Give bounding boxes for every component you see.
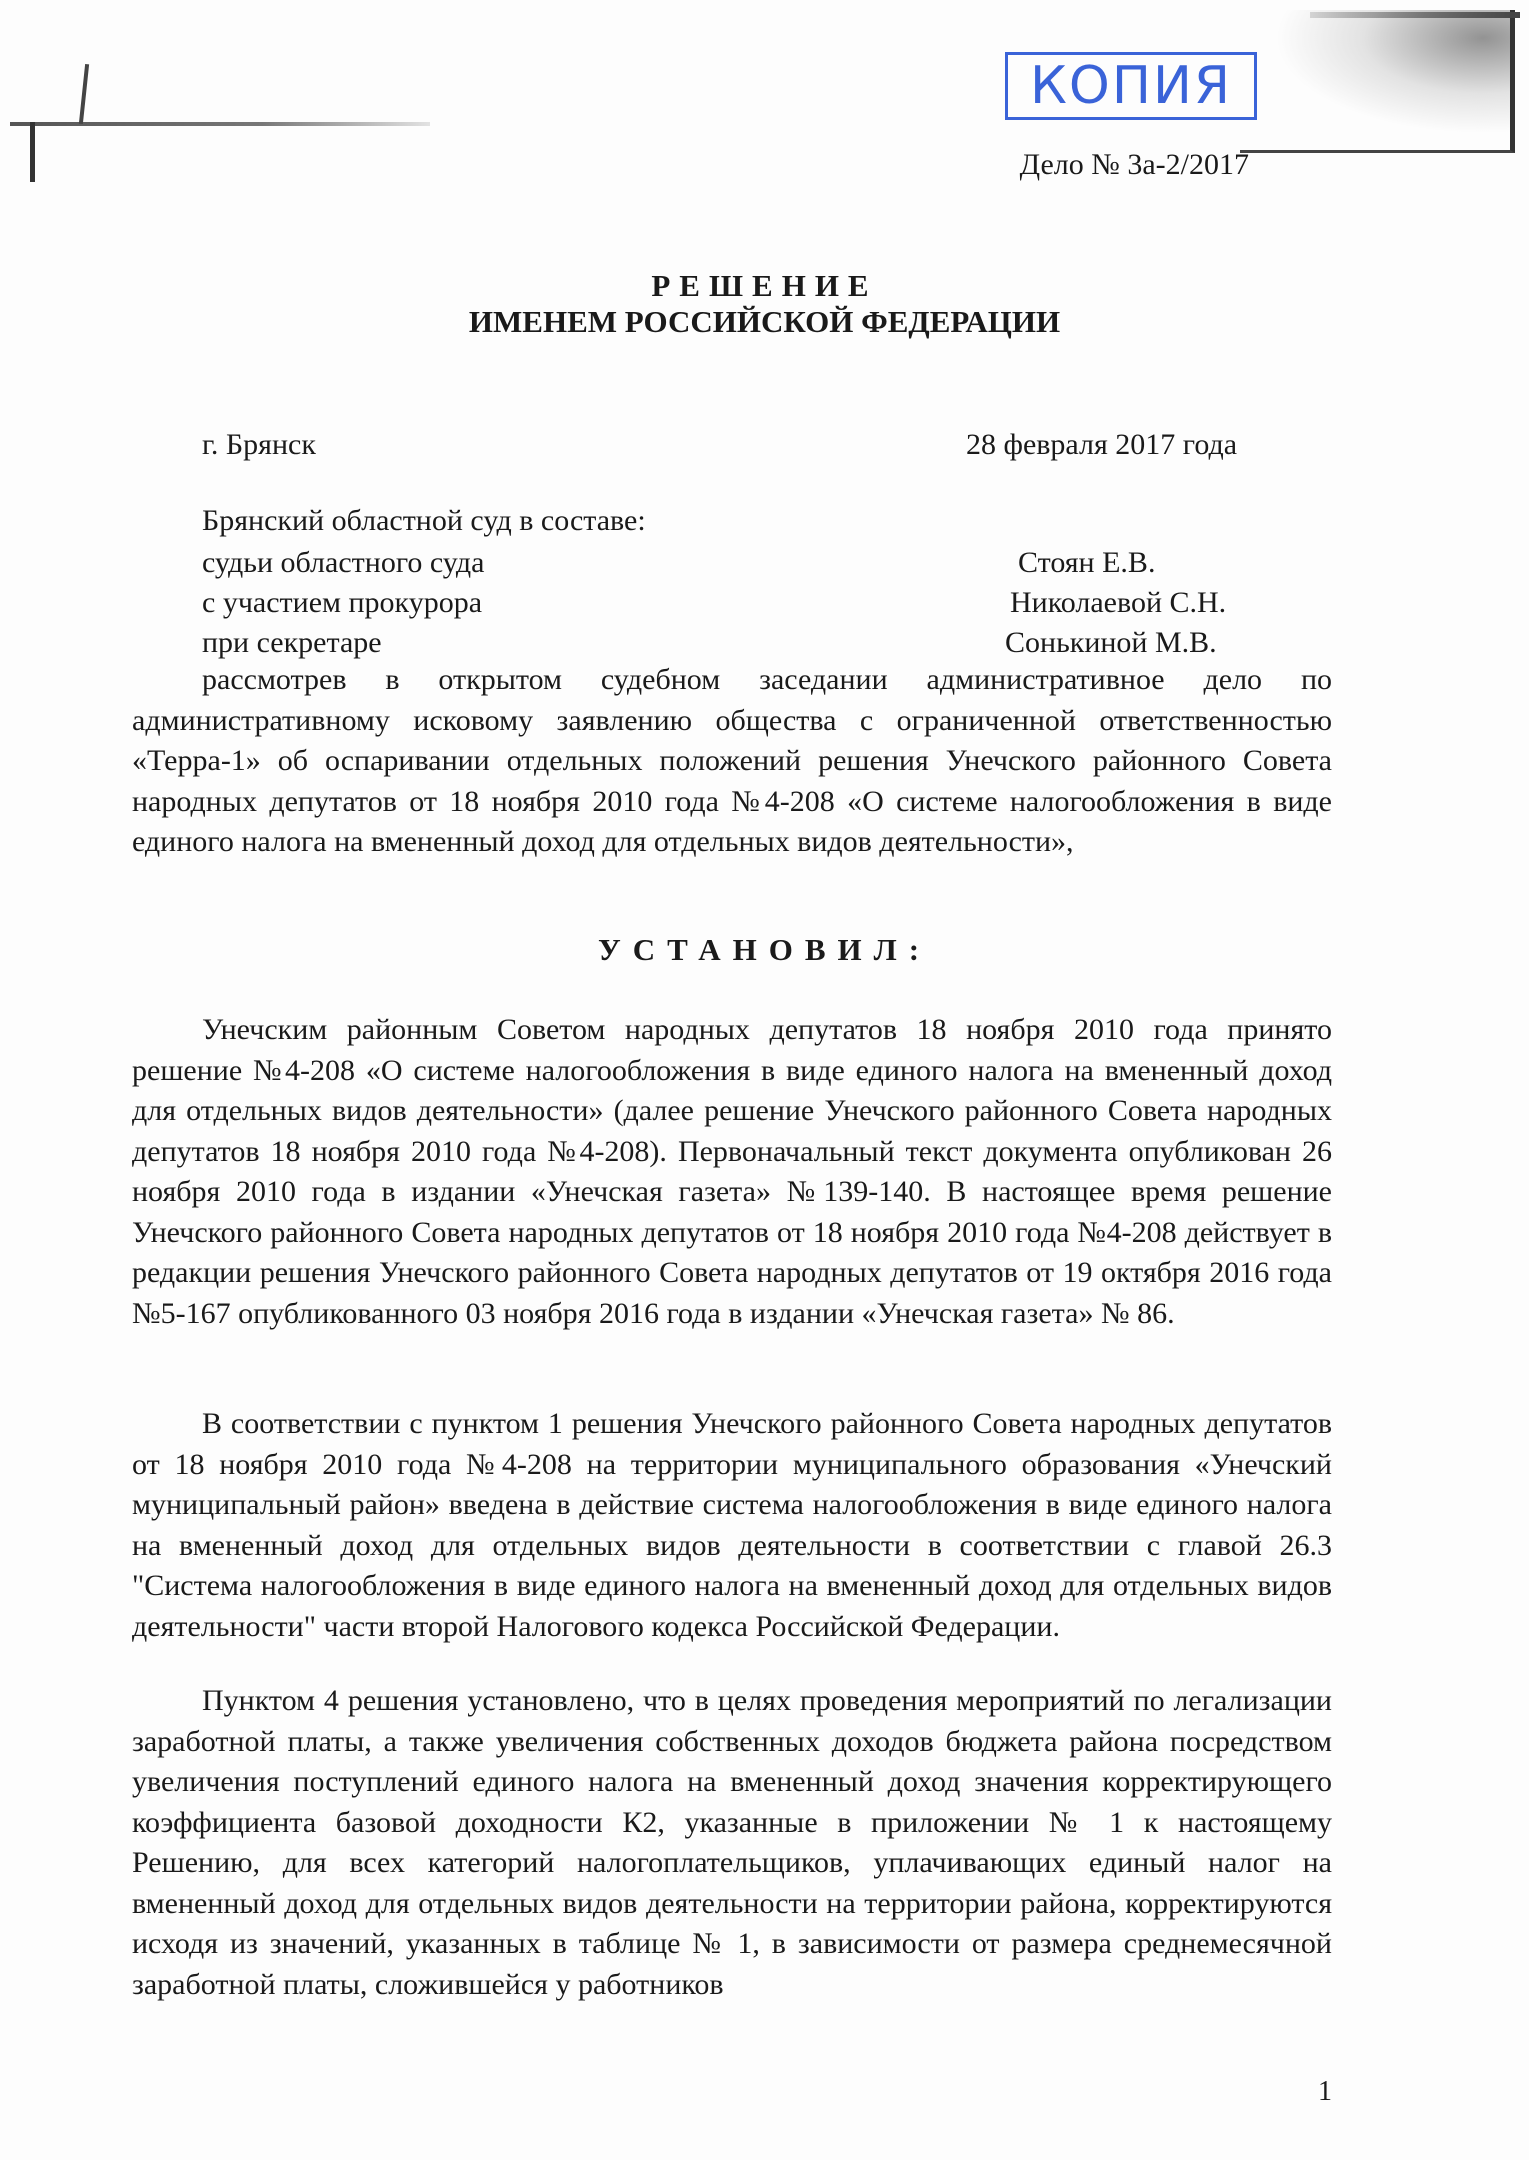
intro-paragraph: рассмотрев в открытом судебном заседании… bbox=[132, 660, 1332, 863]
page-number: 1 bbox=[1318, 2076, 1332, 2108]
case-number: Дело № 3а-2/2017 bbox=[1020, 148, 1249, 182]
prosecutor-role: с участием прокурора bbox=[202, 586, 482, 620]
copy-stamp: КОПИЯ bbox=[1005, 52, 1257, 120]
secretary-role: при секретаре bbox=[202, 626, 382, 660]
paragraph: Унечским районным Советом народных депут… bbox=[132, 1010, 1332, 1334]
document-subtitle: ИМЕНЕМ РОССИЙСКОЙ ФЕДЕРАЦИИ bbox=[0, 304, 1529, 340]
paragraph: Пунктом 4 решения установлено, что в цел… bbox=[132, 1681, 1332, 2005]
judge-name: Стоян Е.В. bbox=[1018, 546, 1155, 580]
intro-text: рассмотрев в открытом судебном заседании… bbox=[132, 663, 1332, 858]
decision-date: 28 февраля 2017 года bbox=[966, 428, 1237, 462]
scan-artifact-corner-edge bbox=[1310, 12, 1520, 18]
prosecutor-name: Николаевой С.Н. bbox=[1010, 586, 1226, 620]
court-composition-heading: Брянский областной суд в составе: bbox=[202, 504, 646, 538]
paragraph: В соответствии с пунктом 1 решения Унечс… bbox=[132, 1404, 1332, 1647]
scan-artifact-mark bbox=[79, 64, 89, 124]
paragraph-text: Унечским районным Советом народных депут… bbox=[132, 1013, 1332, 1330]
scan-artifact-line bbox=[10, 122, 430, 126]
scan-artifact-corner bbox=[1240, 10, 1515, 153]
copy-stamp-text: КОПИЯ bbox=[1030, 60, 1232, 112]
secretary-name: Сонькиной М.В. bbox=[1005, 626, 1217, 660]
scan-artifact-mark bbox=[30, 122, 35, 182]
document-page: КОПИЯ Дело № 3а-2/2017 РЕШЕНИЕ ИМЕНЕМ РО… bbox=[0, 0, 1529, 2160]
section-heading: УСТАНОВИЛ: bbox=[0, 932, 1529, 968]
judge-role: судьи областного суда bbox=[202, 546, 484, 580]
paragraph-text: Пунктом 4 решения установлено, что в цел… bbox=[132, 1684, 1332, 2001]
paragraph-text: В соответствии с пунктом 1 решения Унечс… bbox=[132, 1407, 1332, 1643]
document-title: РЕШЕНИЕ bbox=[0, 268, 1529, 304]
city: г. Брянск bbox=[202, 428, 316, 462]
